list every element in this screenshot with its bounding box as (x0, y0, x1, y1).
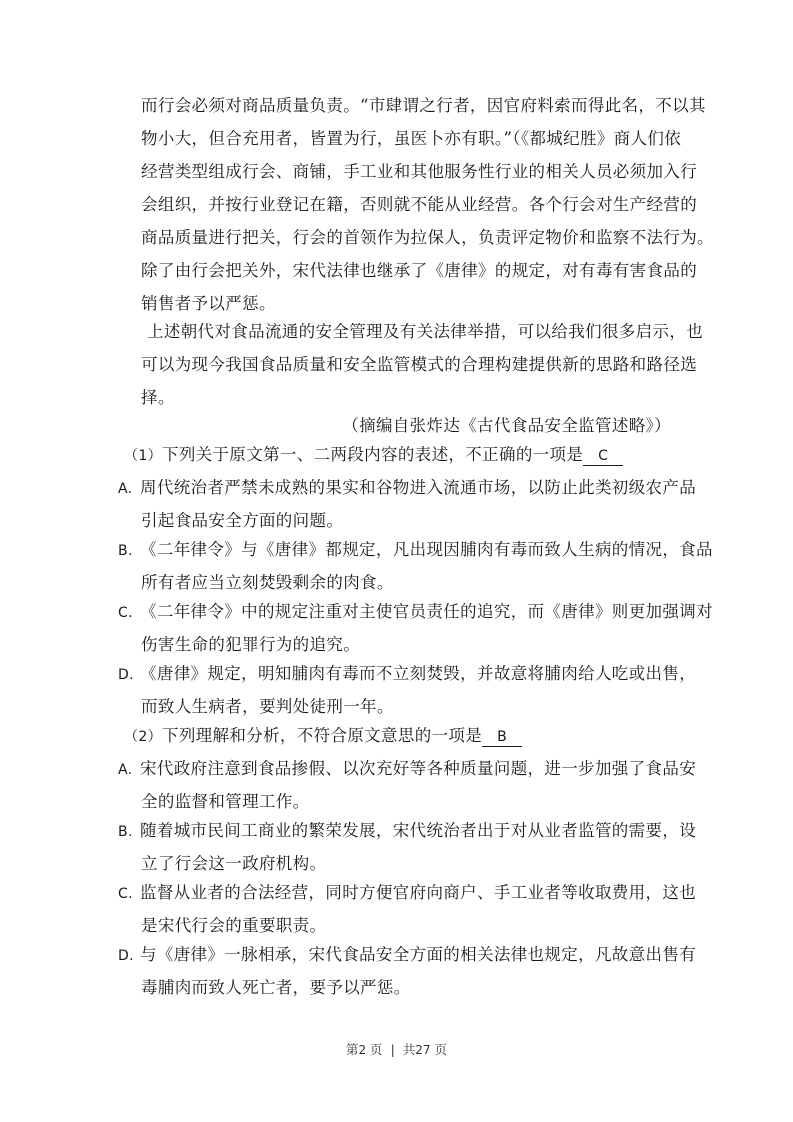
page-footer: 第2 页|共27 页 (0, 1040, 793, 1058)
option-d: D.《唐律》规定，明知脯肉有毒而不立刻焚毁，并故意将脯肉给人吃或出售， (118, 664, 696, 685)
option-text: 《唐律》规定，明知脯肉有毒而不立刻焚毁，并故意将脯肉给人吃或出售， (140, 664, 696, 683)
passage-line: 经营类型组成行会、商铺，手工业和其他服务性行业的相关人员必须加入行 (141, 162, 697, 182)
option-b-cont: 所有者应当立刻焚毁剩余的肉食。 (141, 573, 394, 593)
option-text: 周代统治者严禁未成熟的果实和谷物进入流通市场，以防止此类初级农产品 (140, 478, 696, 497)
passage-line: 除了由行会把关外，宋代法律也继承了《唐律》的规定，对有毒有害食品的 (141, 261, 697, 281)
passage-line: 而行会必须对商品质量负责。“市肆谓之行者，因官府料索而得此名，不以其 (141, 96, 706, 116)
passage-source: （摘编自张炸达《古代食品安全监管述略》） (342, 416, 671, 436)
passage-line: 销售者予以严惩。 (141, 294, 276, 314)
passage-line: 可以为现今我国食品质量和安全监管模式的合理构建提供新的思路和路径选 (141, 355, 697, 375)
page-total: 27 (415, 1043, 430, 1057)
option-label: B. (118, 541, 140, 561)
question-stem: （2）下列理解和分析，不符合原文意思的一项是B (124, 726, 522, 747)
question-number: （1） (124, 448, 162, 464)
option-label: A. (118, 479, 140, 499)
passage-line: 会组织，并按行业登记在籍，否则就不能从业经营。各个行会对生产经营的 (141, 195, 697, 215)
option-a: A.宋代政府注意到食品掺假、以次充好等各种质量问题，进一步加强了食品安 (118, 759, 696, 780)
option-text: 《二年律令》中的规定注重对主使官员责任的追究，而《唐律》则更加强调对 (140, 602, 713, 621)
option-c-cont: 伤害生命的犯罪行为的追究。 (141, 635, 360, 655)
option-label: C. (118, 603, 140, 623)
option-c-cont: 是宋代行会的重要职责。 (141, 916, 326, 936)
option-d-cont: 毒脯肉而致人死亡者，要予以严惩。 (141, 978, 411, 998)
question-text: 下列理解和分析，不符合原文意思的一项是 (162, 726, 482, 745)
option-a: A.周代统治者严禁未成熟的果实和谷物进入流通市场，以防止此类初级农产品 (118, 478, 696, 499)
option-label: C. (118, 884, 140, 904)
option-label: D. (118, 665, 140, 685)
footer-text: 第 (346, 1042, 359, 1057)
option-text: 宋代政府注意到食品掺假、以次充好等各种质量问题，进一步加强了食品安 (140, 759, 696, 778)
passage-line: 上述朝代对食品流通的安全管理及有关法律举措，可以给我们很多启示，也 (147, 322, 703, 342)
option-d-cont: 而致人生病者，要判处徒刑一年。 (141, 697, 394, 717)
document-page: 而行会必须对商品质量负责。“市肆谓之行者，因官府料索而得此名，不以其 物小大，但… (0, 0, 793, 1122)
option-label: B. (118, 822, 140, 842)
option-text: 《二年律令》与《唐律》都规定，凡出现因脯肉有毒而致人生病的情况，食品 (140, 540, 713, 559)
answer-blank: C (583, 448, 623, 466)
option-text: 监督从业者的合法经营，同时方便官府向商户、手工业者等收取费用，这也 (140, 883, 696, 902)
passage-line: 择。 (141, 388, 175, 408)
option-b-cont: 立了行会这一政府机构。 (141, 854, 326, 874)
option-c: C.监督从业者的合法经营，同时方便官府向商户、手工业者等收取费用，这也 (118, 883, 696, 904)
option-text: 与《唐律》一脉相承，宋代食品安全方面的相关法律也规定，凡故意出售有 (140, 945, 696, 964)
option-label: A. (118, 760, 140, 780)
page-current: 2 (358, 1043, 366, 1057)
footer-text: 共 (403, 1042, 416, 1057)
option-b: B.随着城市民间工商业的繁荣发展，宋代统治者出于对从业者监管的需要，设 (118, 821, 696, 842)
footer-separator: | (391, 1042, 395, 1057)
option-a-cont: 全的监督和管理工作。 (141, 792, 310, 812)
option-label: D. (118, 946, 140, 966)
question-text: 下列关于原文第一、二两段内容的表述，不正确的一项是 (162, 445, 583, 464)
question-number: （2） (124, 729, 162, 745)
option-a-cont: 引起食品安全方面的问题。 (141, 511, 343, 531)
footer-text: 页 (431, 1042, 447, 1057)
passage-line: 物小大，但合充用者，皆置为行，虽医卜亦有职。”（《都城纪胜》商人们依 (141, 129, 681, 149)
answer-blank: B (482, 729, 522, 747)
option-d: D.与《唐律》一脉相承，宋代食品安全方面的相关法律也规定，凡故意出售有 (118, 945, 696, 966)
option-c: C.《二年律令》中的规定注重对主使官员责任的追究，而《唐律》则更加强调对 (118, 602, 713, 623)
question-stem: （1）下列关于原文第一、二两段内容的表述，不正确的一项是C (124, 445, 623, 466)
footer-text: 页 (366, 1042, 382, 1057)
option-text: 随着城市民间工商业的繁荣发展，宋代统治者出于对从业者监管的需要，设 (140, 821, 696, 840)
option-b: B.《二年律令》与《唐律》都规定，凡出现因脯肉有毒而致人生病的情况，食品 (118, 540, 713, 561)
passage-line: 商品质量进行把关，行会的首领作为拉保人，负责评定物价和监察不法行为。 (141, 228, 714, 248)
